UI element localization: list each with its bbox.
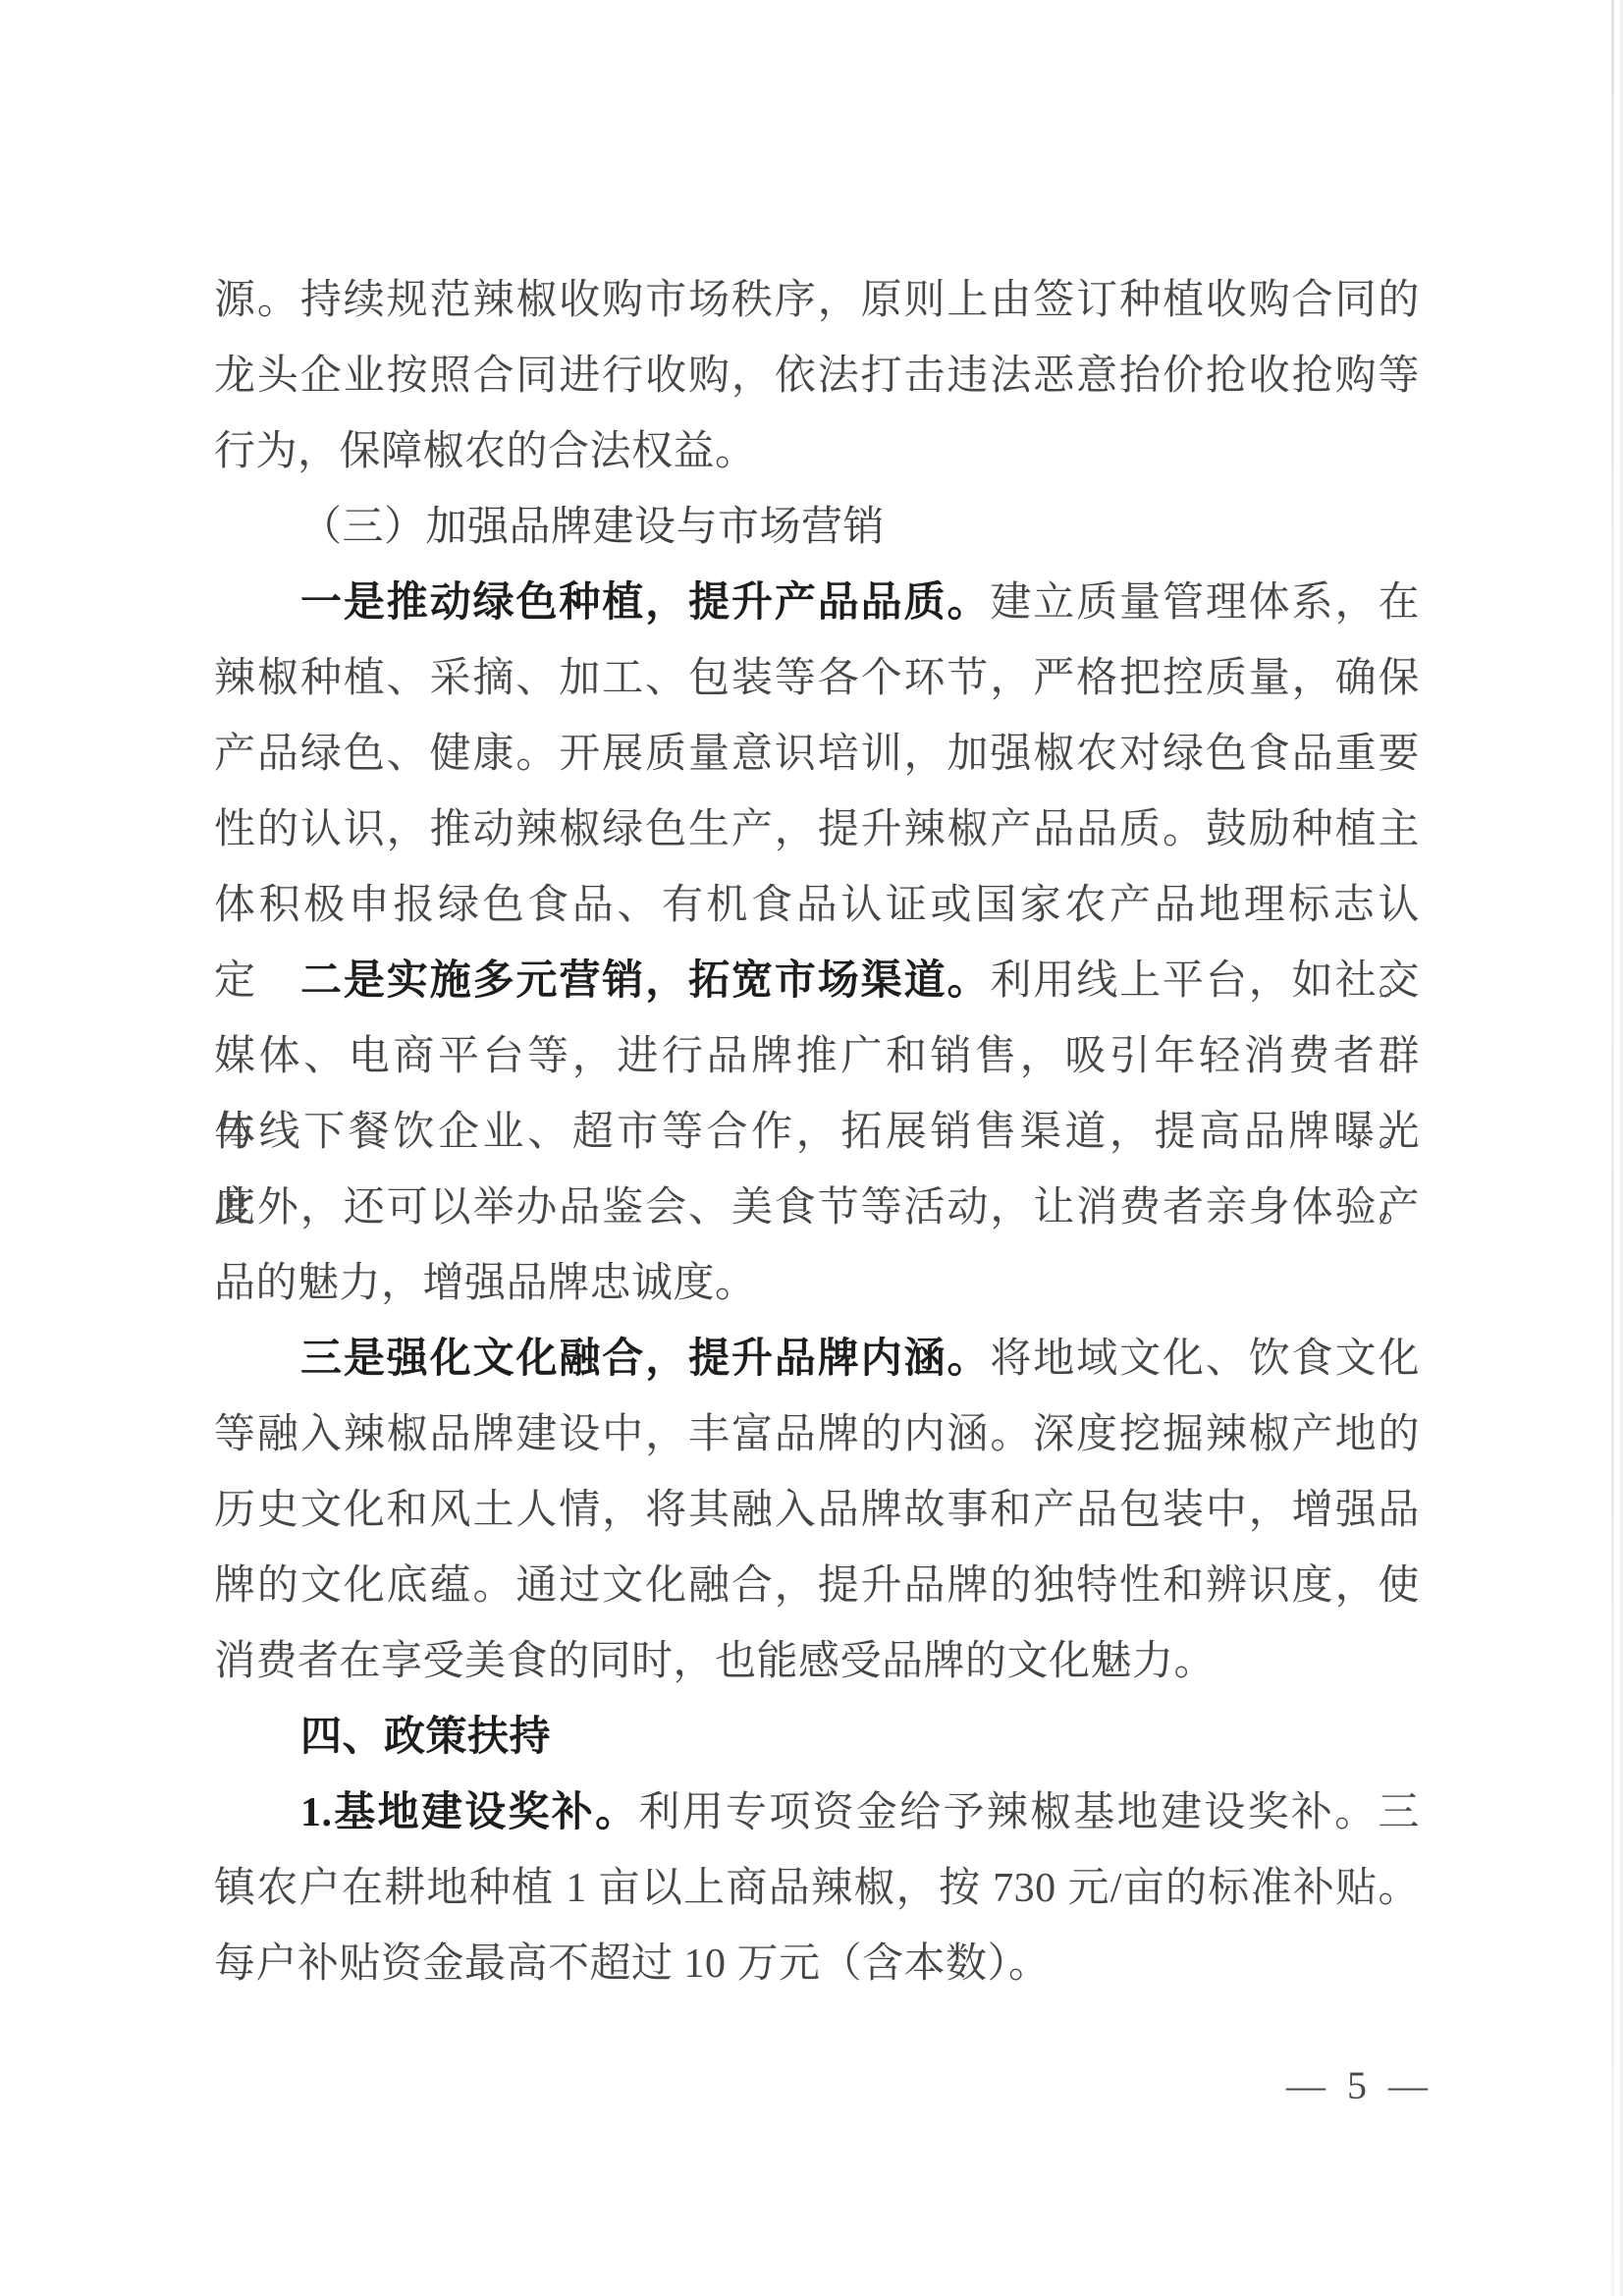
text-line: 一是推动绿色种植，提升产品品质。建立质量管理体系，在	[214, 566, 1420, 641]
text-segment: 牌的文化底蕴。通过文化融合，提升品牌的独特性和辨识度，使	[214, 1563, 1420, 1609]
text-line: 媒体、电商平台等，进行品牌推广和销售，吸引年轻消费者群体。	[214, 1019, 1420, 1095]
text-line: （三）加强品牌建设与市场营销	[214, 490, 1420, 566]
text-segment: 行为，保障椒农的合法权益。	[214, 429, 757, 474]
text-segment: 源。持续规范辣椒收购市场秩序，原则上由签订种植收购合同的	[214, 278, 1420, 323]
text-line: 消费者在享受美食的同时，也能感受品牌的文化魅力。	[214, 1624, 1420, 1700]
document-body: 源。持续规范辣椒收购市场秩序，原则上由签订种植收购合同的龙头企业按照合同进行收购…	[214, 263, 1420, 2002]
text-line: 牌的文化底蕴。通过文化融合，提升品牌的独特性和辨识度，使	[214, 1549, 1420, 1624]
text-line: 每户补贴资金最高不超过 10 万元（含本数）。	[214, 1927, 1420, 2002]
scan-edge-line	[1611, 0, 1614, 2296]
text-segment: 每户补贴资金最高不超过 10 万元（含本数）。	[214, 1941, 1051, 1987]
text-segment-bold: 一是推动绿色种植，提升产品品质。	[300, 580, 990, 626]
text-line: 行为，保障椒农的合法权益。	[214, 414, 1420, 490]
text-line: 品的魅力，增强品牌忠诚度。	[214, 1246, 1420, 1322]
text-segment: 性的认识，推动辣椒绿色生产，提升辣椒产品品质。鼓励种植主	[214, 807, 1420, 852]
text-line: 四、政策扶持	[214, 1700, 1420, 1776]
text-segment: 产品绿色、健康。开展质量意识培训，加强椒农对绿色食品重要	[214, 732, 1420, 777]
text-line: 龙头企业按照合同进行收购，依法打击违法恶意抬价抢收抢购等	[214, 339, 1420, 414]
text-line: 辣椒种植、采摘、加工、包装等各个环节，严格把控质量，确保	[214, 641, 1420, 717]
text-line: 历史文化和风土人情，将其融入品牌故事和产品包装中，增强品	[214, 1473, 1420, 1549]
text-segment: 龙头企业按照合同进行收购，依法打击违法恶意抬价抢收抢购等	[214, 354, 1420, 399]
text-segment: 此外，还可以举办品鉴会、美食节等活动，让消费者亲身体验产	[214, 1185, 1420, 1230]
text-line: 等融入辣椒品牌建设中，丰富品牌的内涵。深度挖掘辣椒产地的	[214, 1397, 1420, 1473]
text-segment: 等融入辣椒品牌建设中，丰富品牌的内涵。深度挖掘辣椒产地的	[214, 1412, 1420, 1457]
text-line: 此外，还可以举办品鉴会、美食节等活动，让消费者亲身体验产	[214, 1171, 1420, 1246]
document-page: 源。持续规范辣椒收购市场秩序，原则上由签订种植收购合同的龙头企业按照合同进行收购…	[0, 0, 1623, 2296]
text-segment: 建立质量管理体系，在	[990, 580, 1420, 626]
text-segment-bold: 1.基地建设奖补。	[300, 1790, 638, 1835]
page-number: — 5 —	[1267, 2060, 1453, 2111]
text-segment: 历史文化和风土人情，将其融入品牌故事和产品包装中，增强品	[214, 1488, 1420, 1533]
text-segment: 将地域文化、饮食文化	[990, 1337, 1420, 1382]
text-segment: 利用专项资金给予辣椒基地建设奖补。三	[638, 1790, 1420, 1835]
text-segment: 利用线上平台，如社交	[990, 958, 1420, 1004]
text-segment: 镇农户在耕地种植 1 亩以上商品辣椒，按 730 元/亩的标准补贴。	[214, 1866, 1420, 1911]
text-segment: 辣椒种植、采摘、加工、包装等各个环节，严格把控质量，确保	[214, 656, 1420, 701]
text-segment: 品的魅力，增强品牌忠诚度。	[214, 1261, 757, 1306]
text-line: 1.基地建设奖补。利用专项资金给予辣椒基地建设奖补。三	[214, 1776, 1420, 1851]
text-segment: 消费者在享受美食的同时，也能感受品牌的文化魅力。	[214, 1639, 1216, 1684]
text-segment-bold: 三是强化文化融合，提升品牌内涵。	[300, 1337, 990, 1382]
text-line: 镇农户在耕地种植 1 亩以上商品辣椒，按 730 元/亩的标准补贴。	[214, 1851, 1420, 1927]
text-line: 体积极申报绿色食品、有机食品认证或国家农产品地理标志认定。	[214, 868, 1420, 944]
text-segment: （三）加强品牌建设与市场营销	[300, 505, 885, 550]
text-segment-bold: 四、政策扶持	[300, 1715, 551, 1760]
text-segment-bold: 二是实施多元营销，拓宽市场渠道。	[300, 958, 990, 1004]
text-line: 产品绿色、健康。开展质量意识培训，加强椒农对绿色食品重要	[214, 717, 1420, 793]
text-line: 三是强化文化融合，提升品牌内涵。将地域文化、饮食文化	[214, 1322, 1420, 1397]
text-line: 与线下餐饮企业、超市等合作，拓展销售渠道，提高品牌曝光度。	[214, 1095, 1420, 1171]
text-line: 二是实施多元营销，拓宽市场渠道。利用线上平台，如社交	[214, 944, 1420, 1019]
text-line: 源。持续规范辣椒收购市场秩序，原则上由签订种植收购合同的	[214, 263, 1420, 339]
text-line: 性的认识，推动辣椒绿色生产，提升辣椒产品品质。鼓励种植主	[214, 793, 1420, 868]
